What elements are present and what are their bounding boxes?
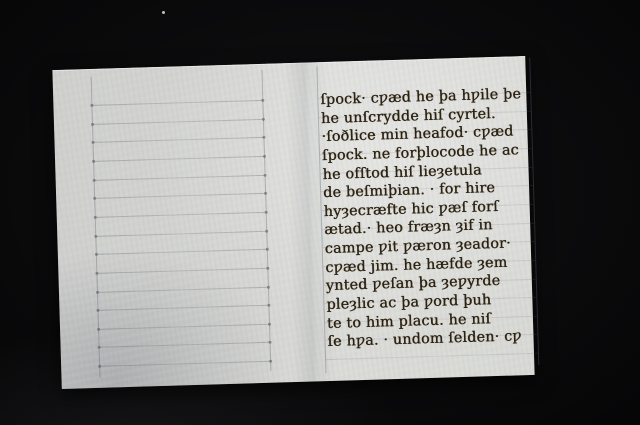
- ruled-line: [97, 268, 267, 274]
- prick-mark: [93, 178, 96, 181]
- prick-mark: [262, 136, 265, 139]
- left-page: [52, 63, 311, 389]
- ruled-line: [94, 137, 264, 143]
- manuscript-sheet: ſpock· cƿæd he þa hƿile þehe unſcrydde h…: [52, 56, 534, 389]
- ruled-line: [94, 156, 264, 162]
- ruled-line: [93, 119, 263, 125]
- left-page-ruling: [52, 63, 302, 70]
- ruled-line: [92, 100, 262, 106]
- prick-mark: [262, 117, 265, 120]
- prick-mark: [265, 229, 268, 232]
- prick-mark: [98, 346, 101, 349]
- prick-mark: [265, 211, 268, 214]
- prick-mark: [96, 309, 99, 312]
- ruled-line: [95, 193, 265, 199]
- prick-mark: [95, 272, 98, 275]
- prick-mark: [96, 290, 99, 293]
- prick-mark: [92, 160, 95, 163]
- ruled-line: [95, 174, 265, 180]
- manuscript-text-block: ſpock· cƿæd he þa hƿile þehe unſcrydde h…: [320, 85, 540, 352]
- prick-mark: [91, 123, 94, 126]
- ruled-line: [99, 324, 269, 330]
- prick-mark: [264, 173, 267, 176]
- prick-mark: [98, 365, 101, 368]
- prick-mark: [264, 192, 267, 195]
- prick-mark: [93, 197, 96, 200]
- ruled-line: [96, 212, 266, 218]
- prick-mark: [266, 248, 269, 251]
- prick-mark: [90, 104, 93, 107]
- ruled-line: [100, 361, 270, 367]
- prick-mark: [92, 141, 95, 144]
- ruled-line: [99, 305, 269, 311]
- ruled-line: [326, 353, 538, 360]
- ruled-line: [97, 249, 267, 255]
- prick-mark: [266, 267, 269, 270]
- right-page-ruling: [302, 56, 525, 63]
- prick-mark: [95, 253, 98, 256]
- prick-mark: [261, 99, 264, 102]
- prick-mark: [267, 304, 270, 307]
- dust-speck: [162, 11, 165, 14]
- prick-mark: [269, 360, 272, 363]
- ruled-line: [98, 286, 268, 292]
- ruled-line: [96, 230, 266, 236]
- left-page-right-margin-line: [261, 70, 271, 371]
- prick-mark: [94, 216, 97, 219]
- prick-mark: [97, 328, 100, 331]
- ruled-line: [100, 342, 270, 348]
- prick-mark: [268, 323, 271, 326]
- prick-mark: [267, 285, 270, 288]
- prick-mark: [263, 155, 266, 158]
- prick-mark: [94, 234, 97, 237]
- photo-background: ſpock· cƿæd he þa hƿile þehe unſcrydde h…: [0, 0, 640, 425]
